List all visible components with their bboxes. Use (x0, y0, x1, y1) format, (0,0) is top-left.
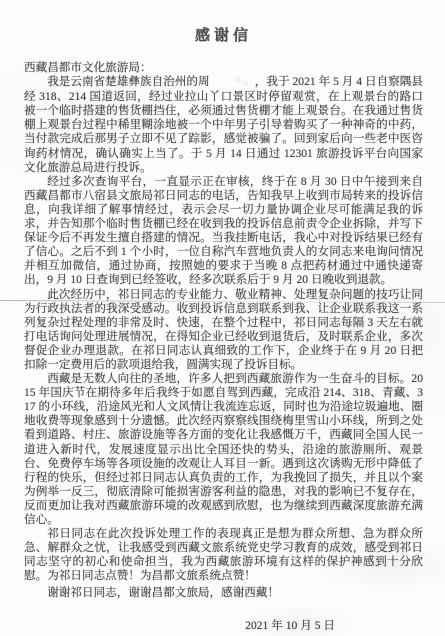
letter-paragraph-5: 祁日同志在此次投诉处理工作的表现真正是想为群众所想、急为群众所急、解群众之忧，让… (24, 527, 423, 583)
letter-content: 感谢信 西藏昌都市文化旅游局： 我是云南省楚雄彝族自治州的周丶、，我于 2021… (0, 0, 445, 633)
letter-paragraph-3: 此次经历中，祁日同志的专业能力、敬业精神、处理复杂问题的技巧让同为行政执法者的我… (24, 288, 423, 373)
scanned-letter-page: 感谢信 西藏昌都市文化旅游局： 我是云南省楚雄彝族自治州的周丶、，我于 2021… (0, 0, 445, 636)
letter-date: 2021 年 10 月 5 日 (24, 619, 423, 633)
letter-closing: 谢谢祁日同志，谢谢昌都文旅局，感谢西藏！ (24, 586, 423, 600)
paragraph-1-text-after-name: ，我于 2021 年 5 月 4 日自察隅县经 318、214 国道返回，经过业… (24, 75, 423, 174)
letter-title: 感谢信 (24, 24, 423, 45)
letter-paragraph-2: 经过多次查询平台，一直显示正在审核，终于在 8 月 30 日中午接到来自西藏昌都… (24, 175, 423, 288)
redacted-name: 丶、 (210, 75, 255, 89)
letter-salutation: 西藏昌都市文化旅游局： (24, 61, 423, 75)
letter-paragraph-1: 我是云南省楚雄彝族自治州的周丶、，我于 2021 年 5 月 4 日自察隅县经 … (24, 75, 423, 175)
paragraph-1-text-before-name: 我是云南省楚雄彝族自治州的周 (47, 75, 209, 88)
letter-paragraph-4: 西藏是无数人向往的圣地，许多人把到西藏旅游作为一生奋斗的目标。2015 年国庆节… (24, 372, 423, 527)
